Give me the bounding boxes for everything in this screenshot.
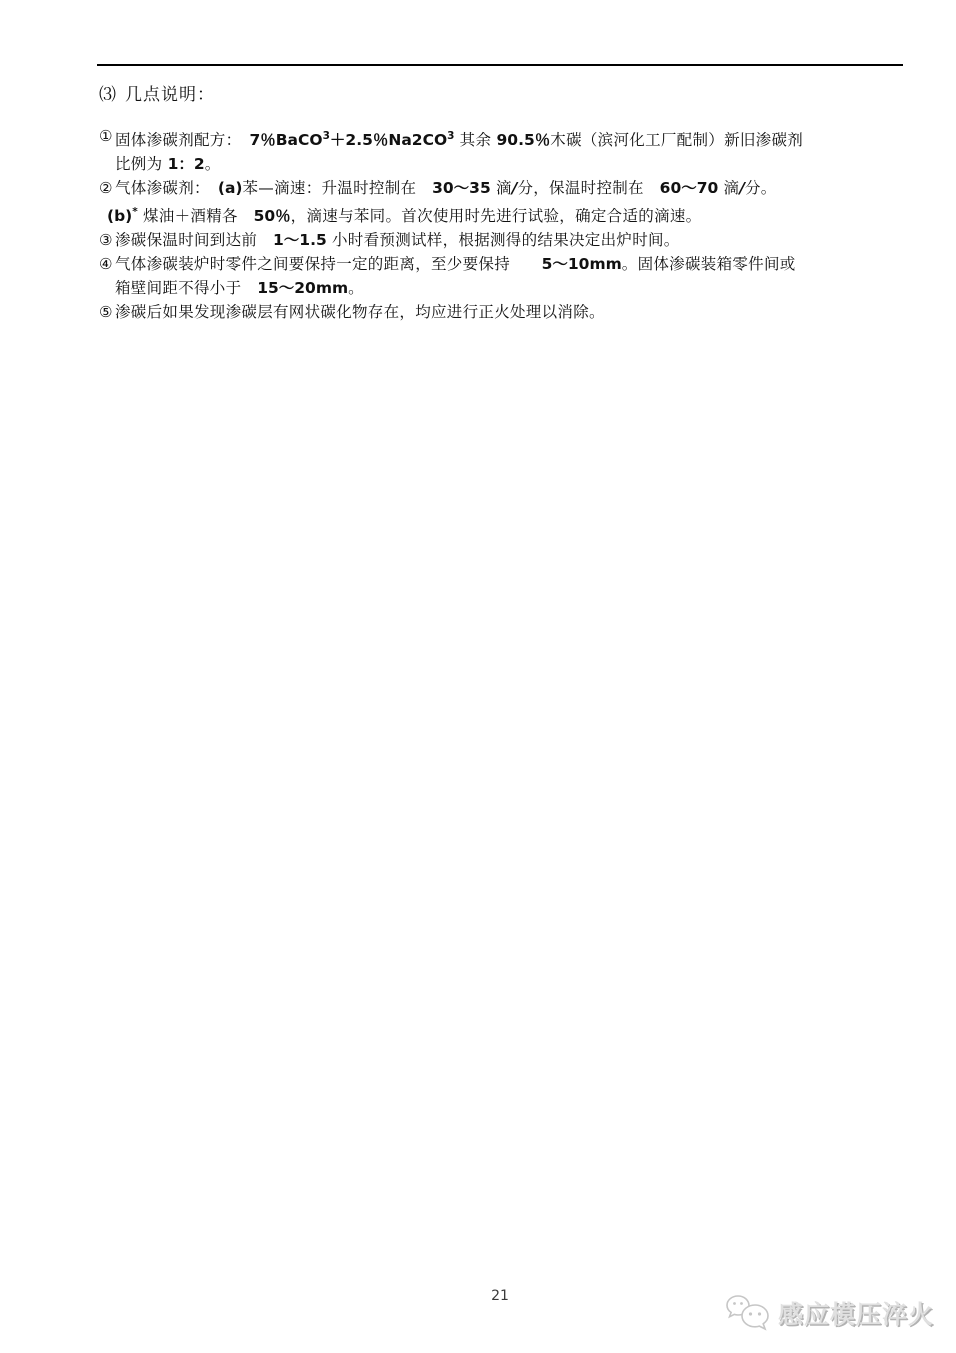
text-segment: 其余 bbox=[454, 131, 496, 149]
text-segment: 。固体渗碳装箱零件间或 bbox=[622, 255, 796, 273]
text-segment: 分，保温时控制在 bbox=[517, 179, 659, 197]
watermark: 感应模压淬火 bbox=[725, 1293, 934, 1333]
text-segment: 5～10mm bbox=[542, 255, 622, 273]
item-marker: ⑤ bbox=[99, 300, 115, 324]
text-line: 比例为 1：2。 bbox=[115, 152, 891, 176]
text-segment: 滴 bbox=[491, 179, 512, 197]
text-segment: 小时看预测试样，根据测得的结果决定出炉时间。 bbox=[327, 231, 680, 249]
text-segment: (b) bbox=[107, 207, 132, 225]
text-line: 气体渗碳剂： (a)苯—滴速：升温时控制在 30～35 滴/分，保温时控制在 6… bbox=[115, 176, 891, 200]
text-segment: 比例为 bbox=[115, 155, 168, 173]
list-item: ③渗碳保温时间到达前 1～1.5 小时看预测试样，根据测得的结果决定出炉时间。 bbox=[99, 228, 891, 252]
text-segment: 木碳（滨河化工厂配制）新旧渗碳剂 bbox=[550, 131, 803, 149]
text-line: 气体渗碳装炉时零件之间要保持一定的距离，至少要保持 5～10mm。固体渗碳装箱零… bbox=[115, 252, 891, 276]
text-segment: 气体渗碳装炉时零件之间要保持一定的距离，至少要保持 bbox=[115, 255, 542, 273]
items-list: ①固体渗碳剂配方： 7％BaCO3＋2.5％Na2CO3 其余 90.5％木碳（… bbox=[99, 124, 891, 324]
section-heading-text: 几点说明： bbox=[125, 85, 215, 105]
text-segment: 1～1.5 bbox=[273, 231, 327, 249]
text-segment: 渗碳保温时间到达前 bbox=[115, 231, 273, 249]
section-heading-marker: ⑶ bbox=[99, 84, 125, 106]
text-segment: 60～70 bbox=[660, 179, 719, 197]
item-marker: ④ bbox=[99, 252, 115, 276]
text-line: 箱壁间距不得小于 15～20mm。 bbox=[115, 276, 891, 300]
text-segment: 50％ bbox=[254, 207, 291, 225]
text-segment: 滴 bbox=[718, 179, 739, 197]
text-line: 渗碳保温时间到达前 1～1.5 小时看预测试样，根据测得的结果决定出炉时间。 bbox=[115, 228, 891, 252]
text-segment: 2.5％Na2CO bbox=[345, 131, 447, 149]
text-segment: ＋ bbox=[330, 131, 346, 149]
text-segment: 。 bbox=[348, 279, 364, 297]
section-heading: ⑶几点说明： bbox=[99, 84, 891, 106]
item-marker: ① bbox=[99, 124, 115, 148]
text-segment: 30～35 bbox=[432, 179, 491, 197]
text-segment: 90.5％ bbox=[497, 131, 551, 149]
text-segment: 煤油＋酒精各 bbox=[138, 207, 254, 225]
item-marker: ③ bbox=[99, 228, 115, 252]
wechat-bubbles-icon bbox=[725, 1293, 771, 1333]
watermark-text: 感应模压淬火 bbox=[778, 1295, 934, 1331]
list-item: ④气体渗碳装炉时零件之间要保持一定的距离，至少要保持 5～10mm。固体渗碳装箱… bbox=[99, 252, 891, 300]
item-marker: ② bbox=[99, 176, 115, 200]
text-segment: 1：2 bbox=[168, 155, 205, 173]
text-line: (b)* 煤油＋酒精各 50％，滴速与苯同。首次使用时先进行试验，确定合适的滴速… bbox=[107, 200, 891, 228]
list-item: ②气体渗碳剂： (a)苯—滴速：升温时控制在 30～35 滴/分，保温时控制在 … bbox=[99, 176, 891, 228]
text-line: 固体渗碳剂配方： 7％BaCO3＋2.5％Na2CO3 其余 90.5％木碳（滨… bbox=[115, 124, 891, 152]
text-segment: 苯—滴速：升温时控制在 bbox=[243, 179, 433, 197]
top-rule bbox=[97, 64, 903, 66]
text-segment: 分。 bbox=[745, 179, 777, 197]
text-segment: 箱壁间距不得小于 bbox=[115, 279, 257, 297]
text-segment: 渗碳后如果发现渗碳层有网状碳化物存在，均应进行正火处理以消除。 bbox=[115, 303, 605, 321]
text-segment: 7％BaCO bbox=[249, 131, 322, 149]
text-segment: 15～20mm bbox=[257, 279, 348, 297]
text-segment: 气体渗碳剂： bbox=[115, 179, 218, 197]
document-body: ⑶几点说明： ①固体渗碳剂配方： 7％BaCO3＋2.5％Na2CO3 其余 9… bbox=[99, 84, 891, 324]
text-segment: (a) bbox=[218, 179, 243, 197]
text-segment: 3 bbox=[323, 130, 330, 142]
text-segment: 固体渗碳剂配方： bbox=[115, 131, 249, 149]
list-item: ①固体渗碳剂配方： 7％BaCO3＋2.5％Na2CO3 其余 90.5％木碳（… bbox=[99, 124, 891, 176]
text-line: 渗碳后如果发现渗碳层有网状碳化物存在，均应进行正火处理以消除。 bbox=[115, 300, 891, 324]
text-segment: ，滴速与苯同。首次使用时先进行试验，确定合适的滴速。 bbox=[291, 207, 702, 225]
list-item: ⑤渗碳后如果发现渗碳层有网状碳化物存在，均应进行正火处理以消除。 bbox=[99, 300, 891, 324]
text-segment: 。 bbox=[205, 155, 221, 173]
